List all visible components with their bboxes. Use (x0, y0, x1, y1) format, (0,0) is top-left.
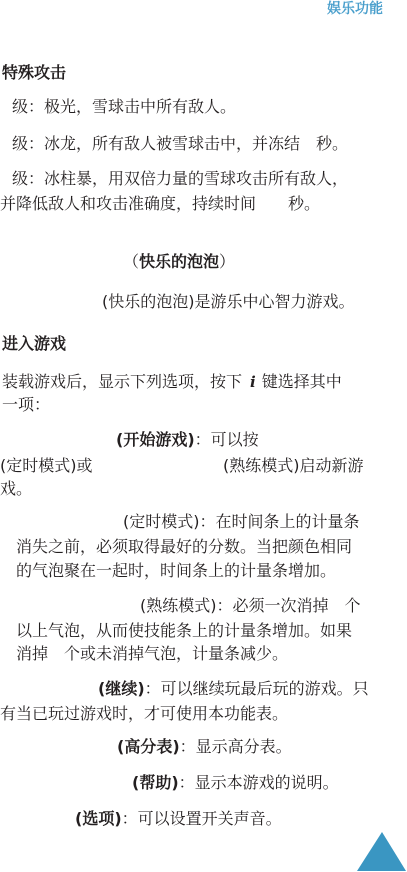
section-title: 娱乐功能 (327, 1, 383, 17)
option-help: (帮助)：显示本游戏的说明。 (132, 773, 339, 793)
option-timed-mode-text: ：在时间条上的计量条 (200, 512, 360, 531)
option-continue: (继续)：可以继续玩最后玩的游戏。只 (98, 679, 369, 699)
intro-before-key: 装载游戏后，显示下列选项，按下 (2, 372, 242, 391)
level-3-description: 级：冰柱暴，用双倍力量的雪球攻击所有敌人， (12, 169, 348, 189)
option-start-game-skill-ref: (熟练模式)启动新游 (223, 456, 364, 476)
option-help-label: (帮助) (132, 773, 179, 792)
enter-game-intro: 装载游戏后，显示下列选项，按下i键选择其中 (2, 372, 342, 392)
game-title-name: 快乐的泡泡 (139, 252, 219, 271)
option-timed-mode-cont-1: 消失之前，必须取得最好的分数。当把颜色相同 (16, 537, 352, 557)
game-description: (快乐的泡泡)是游乐中心智力游戏。 (102, 292, 355, 312)
option-skill-mode-cont-2: 消掉 个或未消掉气泡，计量条减少。 (16, 644, 288, 664)
game-title-close: ） (219, 252, 235, 271)
option-high-score: (高分表)：显示高分表。 (117, 737, 292, 757)
option-skill-mode: (熟练模式)：必须一次消掉 个 (140, 596, 361, 616)
option-continue-cont: 有当已玩过游戏时，才可使用本功能表。 (0, 704, 288, 724)
level-3-description-cont: 并降低敌人和攻击准确度，持续时间 秒。 (0, 194, 320, 214)
option-start-game-cont: 戏。 (0, 479, 32, 499)
option-continue-label: (继续) (98, 679, 145, 698)
option-settings-label: (选项) (75, 809, 122, 828)
option-skill-mode-cont-1: 以上气泡，从而使技能条上的计量条增加。如果 (16, 621, 352, 641)
option-start-game-label: (开始游戏) (116, 430, 195, 449)
option-timed-mode-cont-2: 的气泡聚在一起时，时间条上的计量条增加。 (16, 561, 336, 581)
enter-game-heading: 进入游戏 (2, 334, 66, 354)
game-title-open: （ (123, 252, 139, 271)
option-timed-mode: (定时模式)：在时间条上的计量条 (123, 512, 360, 532)
option-high-score-label: (高分表) (117, 737, 180, 756)
option-start-game-text: ：可以按 (195, 430, 259, 449)
option-help-text: ：显示本游戏的说明。 (179, 773, 339, 792)
special-attack-heading: 特殊攻击 (2, 63, 66, 83)
option-skill-mode-label: (熟练模式) (140, 596, 217, 615)
intro-after-key: 键选择其中 (262, 372, 342, 391)
option-continue-text: ：可以继续玩最后玩的游戏。只 (145, 679, 369, 698)
option-high-score-text: ：显示高分表。 (180, 737, 292, 756)
option-start-game-timed-ref: (定时模式)或 (0, 456, 93, 476)
level-1-description: 级：极光，雪球击中所有敌人。 (12, 97, 236, 117)
i-key-icon: i (250, 372, 256, 392)
option-settings-text: ：可以设置开关声音。 (122, 809, 282, 828)
option-skill-mode-text: ：必须一次消掉 个 (217, 596, 361, 615)
game-title: （快乐的泡泡） (123, 252, 235, 272)
level-2-description: 级：冰龙，所有敌人被雪球击中，并冻结 秒。 (12, 134, 348, 154)
option-timed-mode-label: (定时模式) (123, 512, 200, 531)
enter-game-intro-cont: 一项： (2, 395, 50, 415)
option-start-game: (开始游戏)：可以按 (116, 430, 259, 450)
page-up-triangle-icon (357, 832, 406, 871)
option-settings: (选项)：可以设置开关声音。 (75, 809, 282, 829)
